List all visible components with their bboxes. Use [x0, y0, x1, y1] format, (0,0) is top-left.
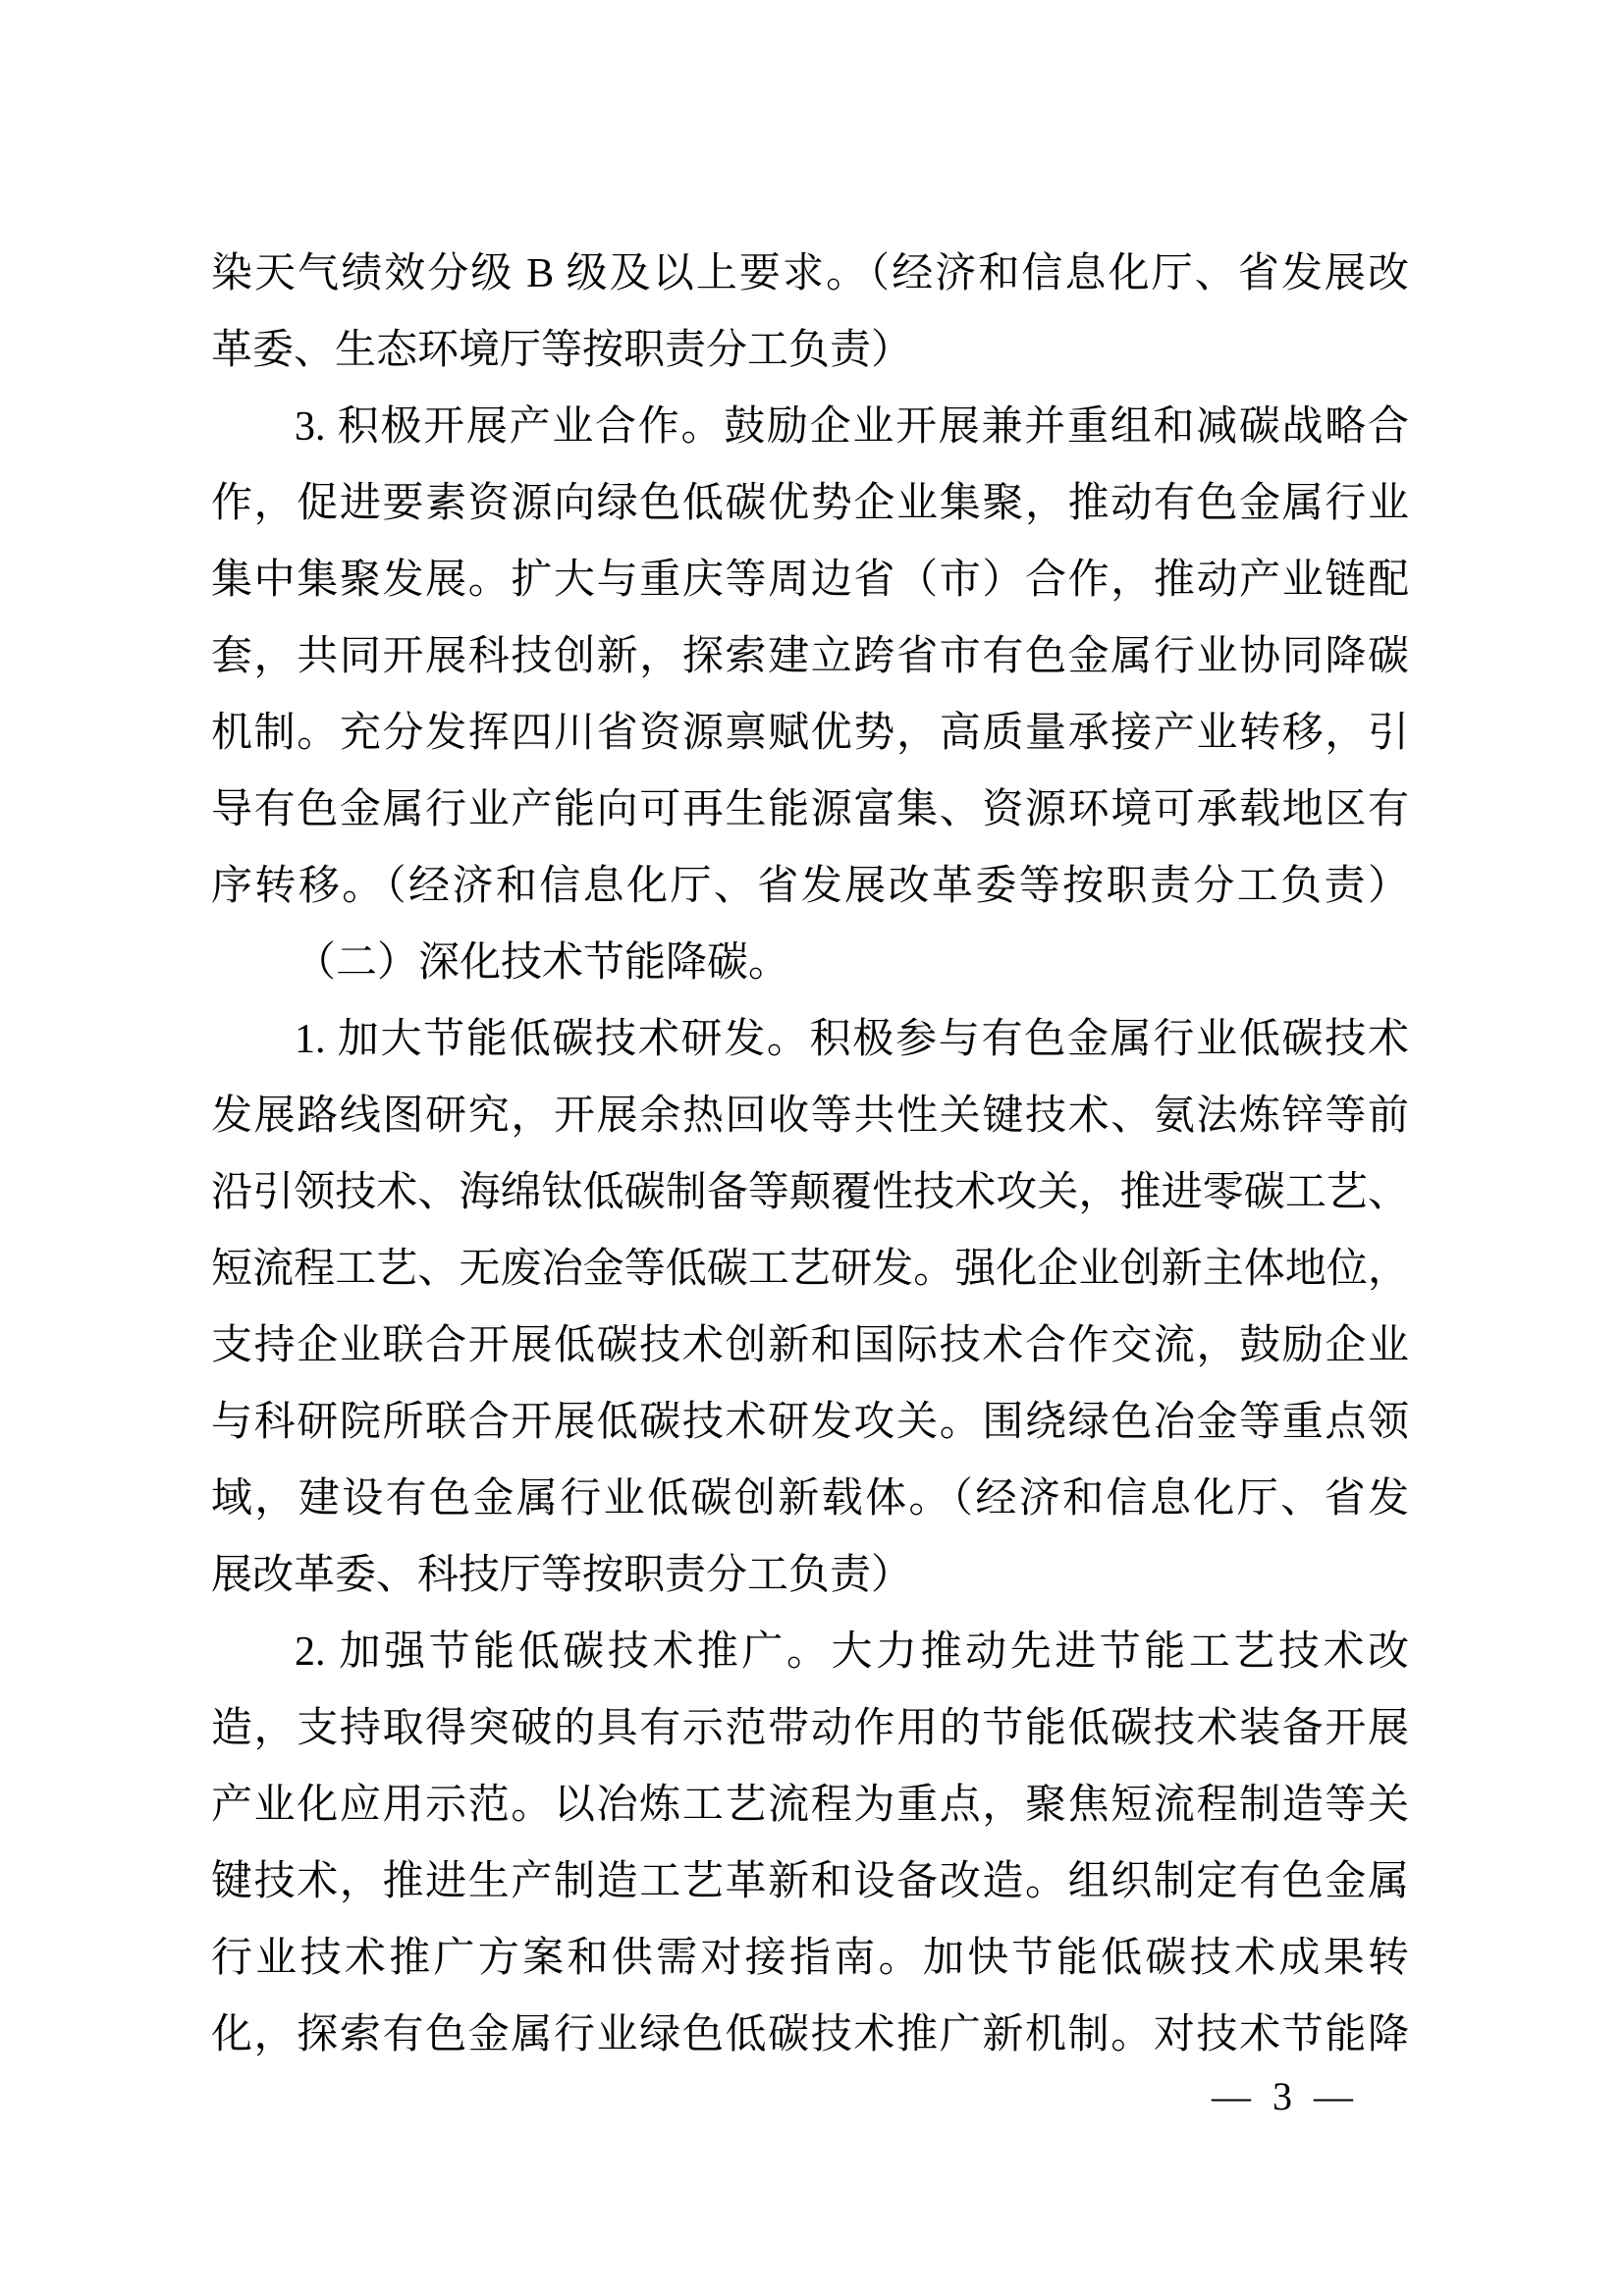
text-line: 键技术，推进生产制造工艺革新和设备改造。组织制定有色金属 [211, 1843, 1409, 1920]
page-number: — 3 — [1212, 2067, 1359, 2126]
text-line: 发展路线图研究，开展余热回收等共性关键技术、氨法炼锌等前 [211, 1078, 1409, 1154]
text-line: 行业技术推广方案和供需对接指南。加快节能低碳技术成果转 [211, 1920, 1409, 1997]
text-line: 机制。充分发挥四川省资源禀赋优势，高质量承接产业转移，引 [211, 695, 1409, 772]
text-line: 短流程工艺、无废冶金等低碳工艺研发。强化企业创新主体地位， [211, 1231, 1409, 1308]
text-line: 沿引领技术、海绵钛低碳制备等颠覆性技术攻关，推进零碳工艺、 [211, 1154, 1409, 1231]
document-page: 染天气绩效分级 B 级及以上要求。（经济和信息化厅、省发展改革委、生态环境厅等按… [0, 0, 1624, 2296]
text-line: 3. 积极开展产业合作。鼓励企业开展兼并重组和减碳战略合 [211, 389, 1409, 465]
text-line: 革委、生态环境厅等按职责分工负责） [211, 312, 1409, 389]
text-line: 化，探索有色金属行业绿色低碳技术推广新机制。对技术节能降 [211, 1997, 1409, 2073]
text-line: 2. 加强节能低碳技术推广。大力推动先进节能工艺技术改 [211, 1614, 1409, 1690]
text-line: 集中集聚发展。扩大与重庆等周边省（市）合作，推动产业链配 [211, 542, 1409, 618]
text-line: （二）深化技术节能降碳。 [211, 925, 1409, 1001]
text-line: 支持企业联合开展低碳技术创新和国际技术合作交流，鼓励企业 [211, 1308, 1409, 1384]
text-line: 展改革委、科技厅等按职责分工负责） [211, 1537, 1409, 1614]
text-line: 与科研院所联合开展低碳技术研发攻关。围绕绿色冶金等重点领 [211, 1384, 1409, 1461]
text-line: 作，促进要素资源向绿色低碳优势企业集聚，推动有色金属行业 [211, 465, 1409, 542]
text-line: 导有色金属行业产能向可再生能源富集、资源环境可承载地区有 [211, 772, 1409, 848]
text-line: 产业化应用示范。以冶炼工艺流程为重点，聚焦短流程制造等关 [211, 1767, 1409, 1843]
text-line: 序转移。（经济和信息化厅、省发展改革委等按职责分工负责） [211, 848, 1409, 925]
text-line: 造，支持取得突破的具有示范带动作用的节能低碳技术装备开展 [211, 1690, 1409, 1767]
text-line: 染天气绩效分级 B 级及以上要求。（经济和信息化厅、省发展改 [211, 236, 1409, 312]
text-line: 套，共同开展科技创新，探索建立跨省市有色金属行业协同降碳 [211, 618, 1409, 695]
text-line: 1. 加大节能低碳技术研发。积极参与有色金属行业低碳技术 [211, 1001, 1409, 1078]
text-line: 域，建设有色金属行业低碳创新载体。（经济和信息化厅、省发 [211, 1461, 1409, 1537]
body-text: 染天气绩效分级 B 级及以上要求。（经济和信息化厅、省发展改革委、生态环境厅等按… [211, 236, 1409, 2073]
